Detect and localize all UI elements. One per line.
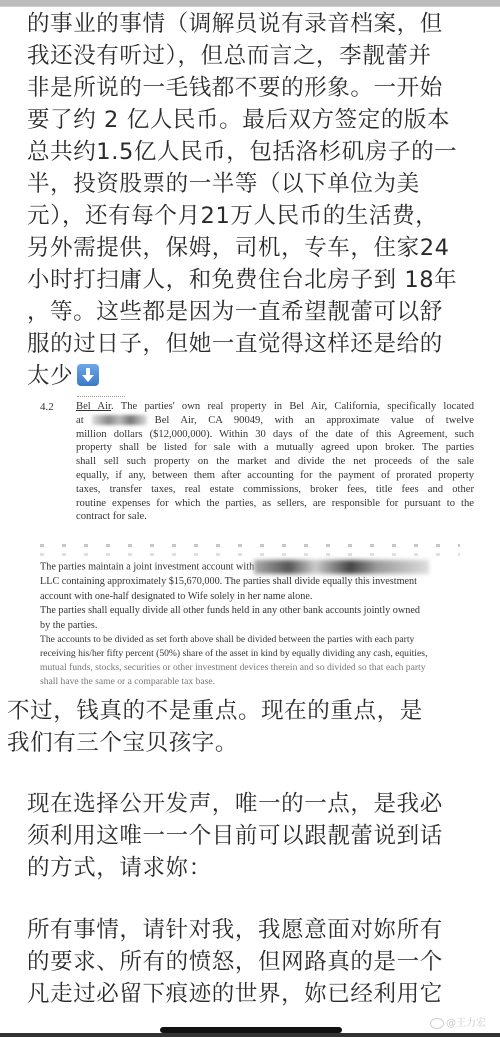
watermark-text: @王力宏 [446,1018,486,1029]
doc-line: contract for sale. [76,510,474,524]
text-line-last: 太少 [27,360,482,392]
redacted-address [92,415,147,425]
section-heading: Bel Air [76,401,111,412]
paragraph-children: 不过，钱真的不是重点。现在的重点，是 我们有三个宝贝孩字。 [7,695,462,759]
text-line: 须利用这唯一一个目前可以跟靓蕾说到话 [27,820,482,852]
paragraph-public-statement: 现在选择公开发声，唯一的一点，是我必 须利用这唯一一个目前可以跟靓蕾说到话 的方… [27,788,482,884]
doc-line: mutual funds, stocks, securities or othe… [40,661,476,675]
doc-line-text: The parties maintain a joint investment … [40,561,254,572]
text-line: 我还没有听过），但总而言之，李靓蕾并 [27,40,482,72]
paragraph-request: 所有事情，请针对我，我愿意面对妳所有 的要求、所有的愤怒，但网路真的是一个 凡走… [27,914,482,1010]
text-line: 服的过日子，但她一直觉得这样还是给的 [27,328,482,360]
doc-line: The parties maintain a joint investment … [40,560,476,575]
redacted-institution [254,560,429,574]
text-line: 凡走过必留下痕迹的世界，妳已经利用它 [27,978,482,1010]
doc-line: taxes, transfer taxes, real estate commi… [76,483,474,497]
weibo-icon [430,1018,444,1029]
weibo-watermark: @王力宏 [430,1014,486,1029]
down-arrow-emoji-icon [77,364,99,386]
doc-line: by the parties. [40,619,476,634]
text-line: 非是所说的一毛钱都不要的形象。一开始 [27,72,482,104]
text-line: 现在选择公开发声，唯一的一点，是我必 [27,788,482,820]
text-line: 小时打扫庸人，和免费住台北房子到 18年 [27,264,482,296]
legal-document-excerpt-bel-air: 4.2 Bel Air. The parties' own real prope… [0,390,500,540]
doc-line: atBel Air, CA 90049, with an approximate… [76,414,474,428]
top-edge-bar [0,0,500,7]
doc-line: property shall be listed for sale with a… [76,441,474,455]
doc-line: million dollars ($12,000,000). Within 30… [76,428,474,442]
text-line: 总共约1.5亿人民币，包括洛杉矶房子的一 [27,136,482,168]
text-line: 的要求、所有的愤怒，但网路真的是一个 [27,946,482,978]
cropped-text-remnant [40,544,460,547]
text-line: 所有事情，请针对我，我愿意面对妳所有 [27,914,482,946]
text-line: 要了约 2 亿人民币。最后双方签定的版本 [27,104,482,136]
doc-line-text: Bel Air, CA 90049, with an approximate v… [155,415,474,426]
text-line: 的事业的事情（调解员说有录音档案，但 [27,8,482,40]
doc-line: shall have the same or a comparable tax … [40,675,476,689]
doc-line: routine expenses for which the parties, … [76,497,474,511]
text-line: 的方式，请求妳： [27,852,482,884]
legal-document-excerpt-investment: The parties maintain a joint investment … [40,560,476,689]
doc-line: Bel Air. The parties' own real property … [76,400,474,414]
section-number: 4.2 [40,401,54,413]
text-line: 不过，钱真的不是重点。现在的重点，是 [7,695,462,727]
doc-line: The parties shall equally divide all oth… [40,604,476,619]
doc-line: shall sell such property on the market a… [76,455,474,469]
doc-line: LLC containing approximately $15,670,000… [40,575,476,590]
text-line: 元），还有每个月21万人民币的生活费， [27,200,482,232]
doc-line: equally, if any, between them after acco… [76,469,474,483]
text-line-content: 太少 [27,363,73,389]
divider [77,396,125,397]
doc-line: receiving his/her fifty percent (50%) sh… [40,647,476,661]
doc-line-text: . The parties' own real property in Bel … [111,401,474,412]
doc-line: account with one-half designated to Wife… [40,590,476,605]
doc-line: The accounts to be divided as set forth … [40,633,476,647]
bottom-edge [0,1033,500,1037]
text-line: 半，投资股票的一半等（以下单位为美 [27,168,482,200]
doc-line-prefix: at [76,415,84,426]
paragraph-settlement-text: 的事业的事情（调解员说有录音档案，但 我还没有听过），但总而言之，李靓蕾并 非是… [27,8,482,392]
text-line: 我们有三个宝贝孩字。 [7,727,462,759]
text-line: 另外需提供，保姆，司机，专车，住家24 [27,232,482,264]
text-line: ，等。这些都是因为一直希望靓蕾可以舒 [27,296,482,328]
cropped-text-remnant [40,553,460,556]
section-body: Bel Air. The parties' own real property … [76,400,474,524]
